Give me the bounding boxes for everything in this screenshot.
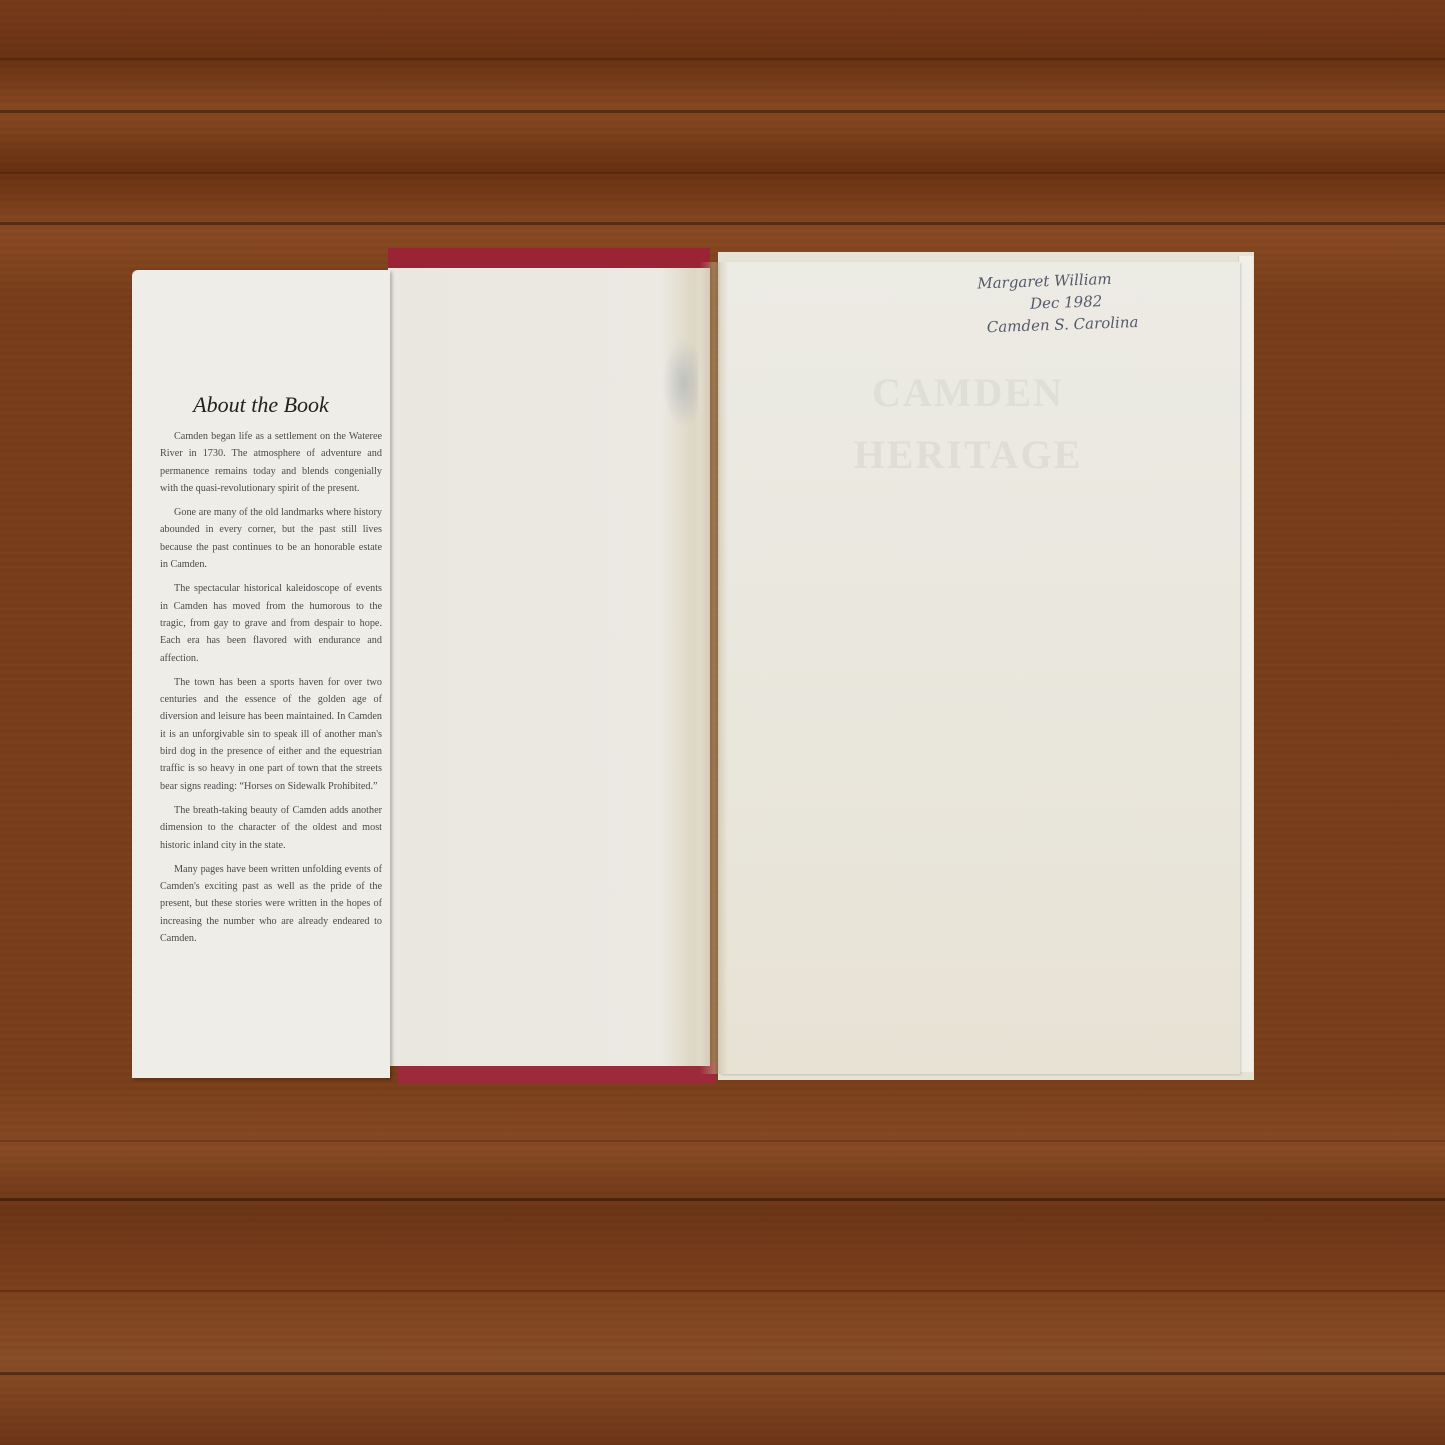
bleed-through-title: CAMDEN HERITAGE: [838, 362, 1098, 486]
flap-paragraph: Many pages have been written unfolding e…: [160, 861, 382, 947]
bleed-title-line2: HERITAGE: [838, 424, 1098, 486]
flyleaf-page: CAMDEN HERITAGE Margaret William Dec 198…: [720, 262, 1240, 1074]
flap-paragraph: The breath-taking beauty of Camden adds …: [160, 802, 382, 854]
flap-title: About the Book: [132, 392, 390, 418]
flap-paragraph: Camden began life as a settlement on the…: [160, 428, 382, 497]
page-block-edge: [1238, 256, 1253, 1072]
bleed-title-line1: CAMDEN: [838, 362, 1098, 424]
handwritten-inscription: Margaret William Dec 1982 Camden S. Caro…: [977, 263, 1239, 338]
flap-paragraph: Gone are many of the old landmarks where…: [160, 504, 382, 573]
flap-body: Camden began life as a settlement on the…: [160, 428, 382, 954]
gutter-shadow: [700, 262, 728, 1074]
endpaper-stain: [662, 338, 698, 428]
open-book: CAMDEN HERITAGE Margaret William Dec 198…: [0, 0, 1445, 1445]
dust-jacket-flap: About the Book Camden began life as a se…: [132, 270, 390, 1078]
flap-paragraph: The spectacular historical kaleidoscope …: [160, 580, 382, 666]
flap-paragraph: The town has been a sports haven for ove…: [160, 674, 382, 795]
